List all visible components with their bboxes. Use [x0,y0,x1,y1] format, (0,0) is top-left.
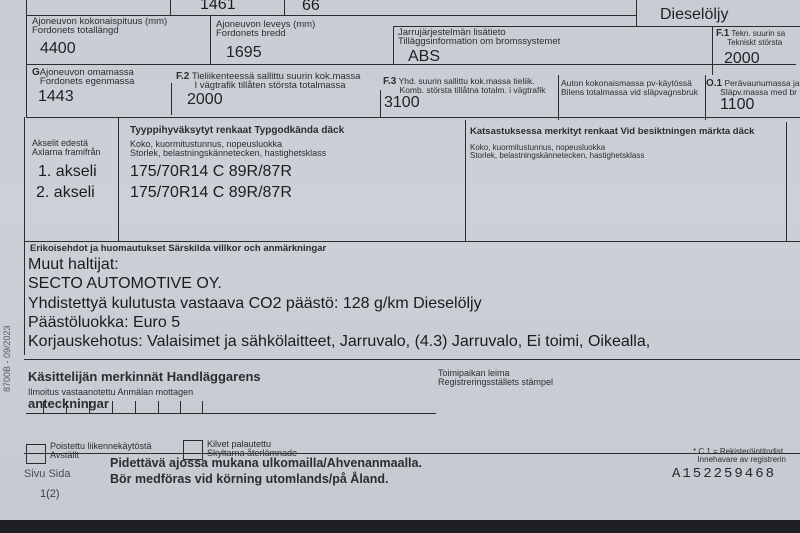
length-value: 4400 [40,40,76,58]
f1-label: F.1 Tekn. suurin sa Tekniskt största [716,29,785,47]
registration-certificate: 1461 66 Dieselöljy Ajoneuvon kokonaispit… [0,0,800,520]
stamp-label: Toimipaikan leimaRegistreringsställets s… [438,369,553,387]
width-label: Ajoneuvon leveys (mm)Fordonets bredd [216,20,315,38]
notice-sv: Bör medföras vid körning utomlands/på Ål… [110,473,389,486]
f3-label: F.3 Yhd. suurin sallittu kok.massa tieli… [383,77,546,95]
top-value-2: 66 [302,0,320,15]
f2-value: 2000 [187,91,223,109]
o1-value: 1100 [720,96,754,114]
o1-label: O.1 Perävaunumassa jar Släpv.massa med b… [706,79,800,97]
width-value: 1695 [226,44,262,62]
top-value-1: 1461 [200,0,236,14]
axle-1-tyre: 175/70R14 C 89R/87R [130,162,292,181]
removed-checkbox[interactable] [26,444,46,464]
form-code: 8700B - 09/2023 [2,325,12,392]
page-label: Sivu Sida [24,470,70,479]
f2-label: F.2 Tieliikenteessä sallittu suurin kok.… [176,72,360,90]
g-value: 1443 [38,88,74,106]
handler-title: Käsittelijän merkinnät Handläggarens [28,370,261,383]
remarks-line-1: Muut haltijat: [28,255,119,274]
length-label: Ajoneuvon kokonaispituus (mm)Fordonets t… [32,17,167,35]
notice-fi: Pidettävä ajossa mukana ulkomailla/Ahven… [110,457,422,470]
axle-1-label: 1. akseli [38,162,97,181]
handler-title-2: anteckningar [28,397,109,410]
approved-tyres-subtitle: Koko, kuormitustunnus, nopeusluokkaStorl… [130,140,326,158]
f1-value: 2000 [724,50,760,68]
serial-number: A152259468 [672,470,776,479]
fuel-value: Dieselöljy [660,6,728,24]
remarks-line-2: SECTO AUTOMOTIVE OY. [28,274,222,293]
axle-2-label: 2. akseli [36,183,95,202]
remarks-line-3: Yhdistettyä kulutusta vastaava CO2 pääst… [28,294,482,313]
brake-label: Jarrujärjestelmän lisätietoTilläggsinfor… [398,28,560,46]
g-label: GAjoneuvon omamassa Fordonets egenmassa [32,68,134,86]
axle-2-tyre: 175/70R14 C 89R/87R [130,183,292,202]
inspected-tyres-title: Katsastuksessa merkityt renkaat Vid besi… [470,127,754,136]
c1-note: * C.1 = Rekisteröintitodist Innehavare a… [693,448,786,464]
remarks-line-5: Korjauskehotus: Valaisimet ja sähkölaitt… [28,332,650,351]
page-value: 1(2) [40,490,60,499]
f3-value: 3100 [384,94,420,112]
remarks-title: Erikoisehdot ja huomautukset Särskilda v… [30,244,326,253]
trailer-use-label: Auton kokonaismassa pv-käytössäBilens to… [561,79,698,97]
axles-label: Akselit edestäAxlarna framifrån [32,139,101,157]
approved-tyres-title: Tyyppihyväksytyt renkaat Typgodkända däc… [130,126,344,135]
remarks-line-4: Päästöluokka: Euro 5 [28,313,180,332]
inspected-tyres-subtitle: Koko, kuormitustunnus, nopeusluokkaStorl… [470,144,644,160]
